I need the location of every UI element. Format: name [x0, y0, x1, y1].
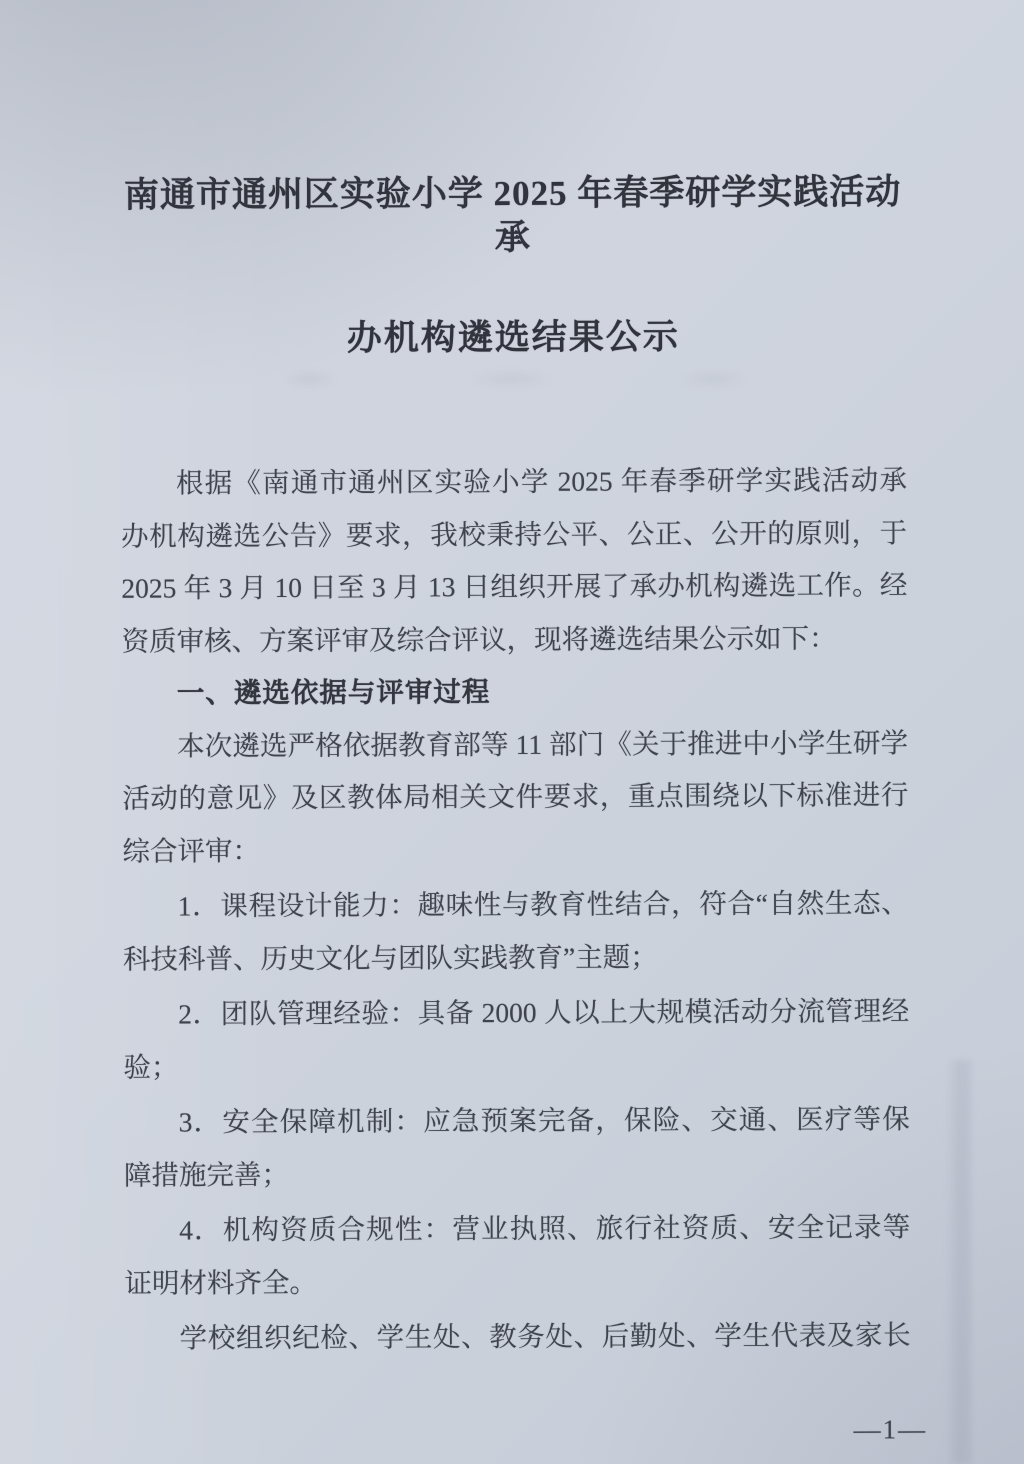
text-line: 活动的意见》及区教体局相关文件要求，重点围绕以下标准进行 — [122, 769, 908, 825]
paragraph: 本次遴选严格依据教育部等 11 部门《关于推进中小学生研学活动的意见》及区教体局… — [122, 717, 909, 878]
text-line: 验； — [123, 1038, 909, 1094]
text-line: 障措施完善； — [124, 1146, 910, 1202]
text-line: 4．机构资质合规性：营业执照、旅行社资质、安全记录等 — [124, 1201, 910, 1257]
text-line: 学校组织纪检、学生处、教务处、后勤处、学生代表及家长 — [125, 1309, 911, 1365]
page-sheet: 南通市通州区实验小学 2025 年春季研学实践活动承 办机构遴选结果公示 根据《… — [0, 0, 1024, 1464]
paragraph: 3．安全保障机制：应急预案完备，保险、交通、医疗等保障措施完善； — [124, 1093, 910, 1201]
text-line: 2025 年 3 月 10 日至 3 月 13 日组织开展了承办机构遴选工作。经 — [121, 559, 907, 615]
paragraph: 4．机构资质合规性：营业执照、旅行社资质、安全记录等证明材料齐全。 — [124, 1201, 910, 1309]
text-line: 1．课程设计能力：趣味性与教育性结合，符合“自然生态、 — [123, 877, 909, 933]
paragraph: 学校组织纪检、学生处、教务处、后勤处、学生代表及家长 — [125, 1309, 911, 1365]
text-line: 证明材料齐全。 — [124, 1254, 910, 1310]
section-heading: 一、遴选依据与评审过程 — [122, 664, 908, 720]
text-line: 根据《南通市通州区实验小学 2025 年春季研学实践活动承 — [121, 454, 907, 510]
paragraph: 2．团队管理经验：具备 2000 人以上大规模活动分流管理经验； — [123, 985, 909, 1093]
paragraph: 根据《南通市通州区实验小学 2025 年春季研学实践活动承办机构遴选公告》要求，… — [121, 454, 908, 667]
text-line: 办机构遴选公告》要求，我校秉持公平、公正、公开的原则，于 — [121, 507, 907, 563]
text-line: 科技科普、历史文化与团队实践教育”主题； — [123, 930, 909, 986]
text-line: 3．安全保障机制：应急预案完备，保险、交通、医疗等保 — [124, 1093, 910, 1149]
document-body: 根据《南通市通州区实验小学 2025 年春季研学实践活动承办机构遴选公告》要求，… — [121, 454, 911, 1365]
text-line: 本次遴选严格依据教育部等 11 部门《关于推进中小学生研学 — [122, 717, 908, 773]
document-title: 南通市通州区实验小学 2025 年春季研学实践活动承 办机构遴选结果公示 — [119, 0, 907, 362]
title-line-1: 南通市通州区实验小学 2025 年春季研学实践活动承 — [120, 170, 906, 261]
page-number: —1— — [125, 1414, 927, 1448]
text-line: 2．团队管理经验：具备 2000 人以上大规模活动分流管理经 — [123, 985, 909, 1041]
text-line: 资质审核、方案评审及综合评议，现将遴选结果公示如下： — [121, 612, 907, 668]
text-line: 综合评审： — [122, 822, 908, 878]
text-line: 一、遴选依据与评审过程 — [122, 664, 908, 720]
paragraph: 1．课程设计能力：趣味性与教育性结合，符合“自然生态、科技科普、历史文化与团队实… — [123, 877, 909, 985]
title-line-2: 办机构遴选结果公示 — [120, 314, 906, 361]
photographed-page: 南通市通州区实验小学 2025 年春季研学实践活动承 办机构遴选结果公示 根据《… — [0, 0, 1024, 1464]
